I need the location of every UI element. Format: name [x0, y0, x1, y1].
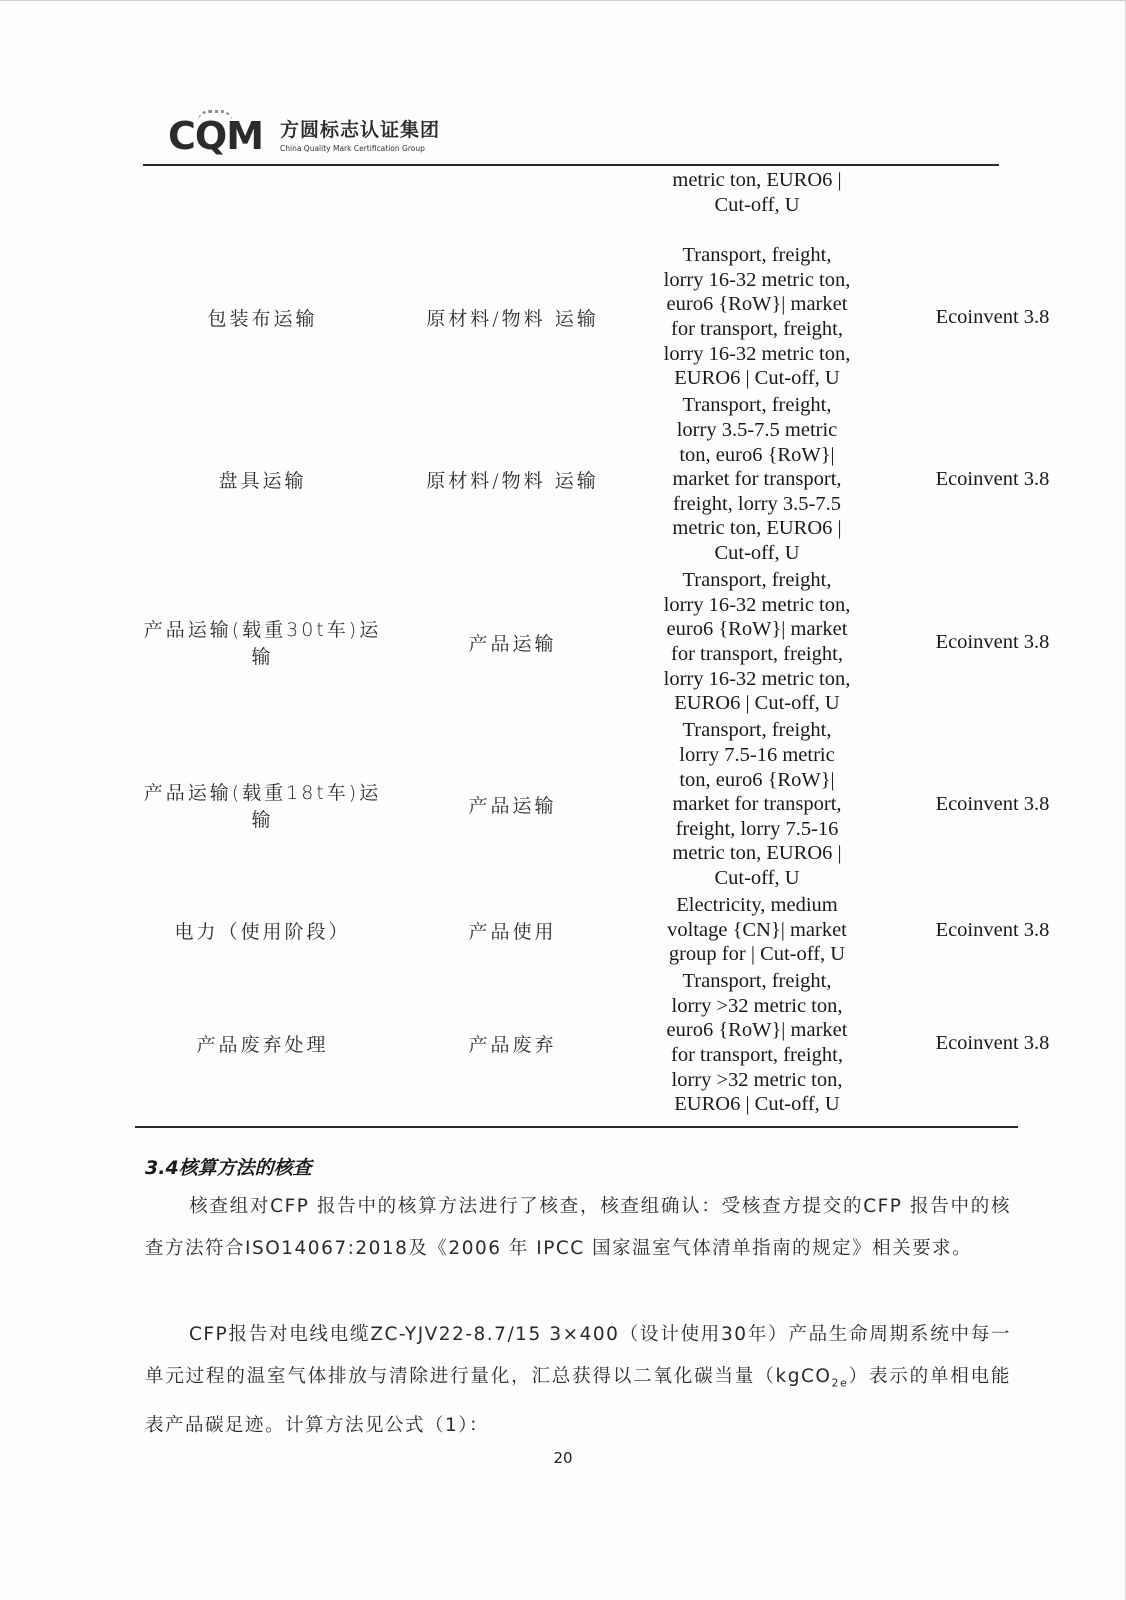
- section-heading: 3.4核算方法的核查: [145, 1153, 312, 1180]
- stage-cell: 产品运输: [390, 567, 635, 717]
- dataset-line: market for transport,: [672, 792, 841, 817]
- dataset-line: EURO6 | Cut-off, U: [664, 366, 851, 391]
- database-cell: Ecoinvent 3.8: [910, 567, 1075, 717]
- dataset-cell: Electricity, medium voltage {CN}| market…: [607, 892, 907, 968]
- item-cell: 电力（使用阶段）: [135, 892, 390, 968]
- dataset-cell: Transport, freight, lorry 16-32 metric t…: [607, 567, 907, 717]
- dataset-line: freight, lorry 3.5-7.5: [672, 492, 841, 517]
- table-row: 产品废弃处理 产品废弃 Transport, freight, lorry >3…: [135, 968, 1015, 1118]
- dataset-cell: Transport, freight, lorry 16-32 metric t…: [607, 242, 907, 392]
- dataset-cell: Transport, freight, lorry >32 metric ton…: [607, 968, 907, 1118]
- dataset-cell: Transport, freight, lorry 7.5-16 metric …: [607, 717, 907, 892]
- table-bottom-border: [135, 1126, 1018, 1128]
- org-name-en: China Quality Mark Certification Group: [280, 144, 425, 154]
- stage-cell: 原材料/物料 运输: [390, 242, 635, 392]
- dataset-line: lorry >32 metric ton,: [667, 1068, 848, 1093]
- dataset-line: for transport, freight,: [664, 642, 851, 667]
- paragraph: 核查组对CFP 报告中的核算方法进行了核查，核查组确认：受核查方提交的CFP 报…: [145, 1186, 1011, 1270]
- item-cell: 产品运输(载重30t车)运输: [135, 567, 390, 717]
- page-header: CQM 方圆标志认证集团 China Quality Mark Certific…: [168, 108, 988, 164]
- dataset-line: metric ton, EURO6 |: [672, 841, 841, 866]
- dataset-line: freight, lorry 7.5-16: [672, 817, 841, 842]
- dataset-line: Electricity, medium: [667, 893, 847, 918]
- dataset-line: Cut-off, U: [672, 866, 841, 891]
- table-row: 产品运输(载重30t车)运输 产品运输 Transport, freight, …: [135, 567, 1015, 717]
- dataset-line: for transport, freight,: [667, 1043, 848, 1068]
- dataset-line: euro6 {RoW}| market: [664, 617, 851, 642]
- dataset-line: lorry 16-32 metric ton,: [664, 268, 851, 293]
- item-cell: 盘具运输: [135, 392, 390, 567]
- table-row: 产品运输(载重18t车)运输 产品运输 Transport, freight, …: [135, 717, 1015, 892]
- dataset-line: lorry 16-32 metric ton,: [664, 342, 851, 367]
- stage-cell: 产品废弃: [390, 968, 635, 1118]
- item-cell: 产品废弃处理: [135, 968, 390, 1118]
- table-row-continued: metric ton, EURO6 | Cut-off, U: [135, 168, 1015, 218]
- dataset-line: for transport, freight,: [664, 317, 851, 342]
- dataset-line: Cut-off, U: [672, 193, 841, 218]
- database-cell: Ecoinvent 3.8: [910, 242, 1075, 392]
- paragraph: CFP报告对电线电缆ZC-YJV22-8.7/15 3×400（设计使用30年）…: [145, 1314, 1011, 1447]
- dataset-line: ton, euro6 {RoW}|: [672, 768, 841, 793]
- dataset-line: Transport, freight,: [664, 243, 851, 268]
- dataset-line: group for | Cut-off, U: [667, 942, 847, 967]
- dataset-line: metric ton, EURO6 |: [672, 168, 841, 193]
- database-cell: Ecoinvent 3.8: [910, 968, 1075, 1118]
- table-row: 包装布运输 原材料/物料 运输 Transport, freight, lorr…: [135, 242, 1015, 392]
- dataset-line: Transport, freight,: [667, 969, 848, 994]
- dataset-line: voltage {CN}| market: [667, 918, 847, 943]
- stage-cell: 产品使用: [390, 892, 635, 968]
- stage-cell: 原材料/物料 运输: [390, 392, 635, 567]
- cqm-logo: CQM: [168, 108, 268, 158]
- page-number: 20: [0, 1449, 1126, 1467]
- dataset-line: lorry 3.5-7.5 metric: [672, 418, 841, 443]
- logo-text: CQM: [168, 116, 263, 156]
- dataset-line: lorry 7.5-16 metric: [672, 743, 841, 768]
- dataset-line: Transport, freight,: [672, 718, 841, 743]
- dataset-line: EURO6 | Cut-off, U: [664, 691, 851, 716]
- page-edge: [0, 0, 1126, 1]
- dataset-line: market for transport,: [672, 467, 841, 492]
- stage-cell: 产品运输: [390, 717, 635, 892]
- item-cell: 包装布运输: [135, 242, 390, 392]
- dataset-line: lorry >32 metric ton,: [667, 994, 848, 1019]
- dataset-cell: Transport, freight, lorry 3.5-7.5 metric…: [607, 392, 907, 567]
- dataset-line: lorry 16-32 metric ton,: [664, 593, 851, 618]
- dataset-line: euro6 {RoW}| market: [667, 1018, 848, 1043]
- dataset-line: ton, euro6 {RoW}|: [672, 443, 841, 468]
- database-cell: Ecoinvent 3.8: [910, 717, 1075, 892]
- header-divider: [143, 164, 999, 166]
- subscript: 2e: [831, 1377, 848, 1390]
- database-cell: Ecoinvent 3.8: [910, 392, 1075, 567]
- dataset-line: lorry 16-32 metric ton,: [664, 667, 851, 692]
- dataset-line: EURO6 | Cut-off, U: [667, 1092, 848, 1117]
- dataset-line: euro6 {RoW}| market: [664, 292, 851, 317]
- dataset-line: Transport, freight,: [664, 568, 851, 593]
- dataset-line: Transport, freight,: [672, 393, 841, 418]
- org-name-cn: 方圆标志认证集团: [280, 119, 440, 141]
- dataset-line: Cut-off, U: [672, 541, 841, 566]
- dataset-cell: metric ton, EURO6 | Cut-off, U: [607, 168, 907, 218]
- dataset-line: metric ton, EURO6 |: [672, 516, 841, 541]
- paragraph-text: 核查组对CFP 报告中的核算方法进行了核查，核查组确认：受核查方提交的CFP 报…: [145, 1196, 1011, 1259]
- table-row: 盘具运输 原材料/物料 运输 Transport, freight, lorry…: [135, 392, 1015, 567]
- item-cell: 产品运输(载重18t车)运输: [135, 717, 390, 892]
- database-cell: Ecoinvent 3.8: [910, 892, 1075, 968]
- table-row: 电力（使用阶段） 产品使用 Electricity, medium voltag…: [135, 892, 1015, 968]
